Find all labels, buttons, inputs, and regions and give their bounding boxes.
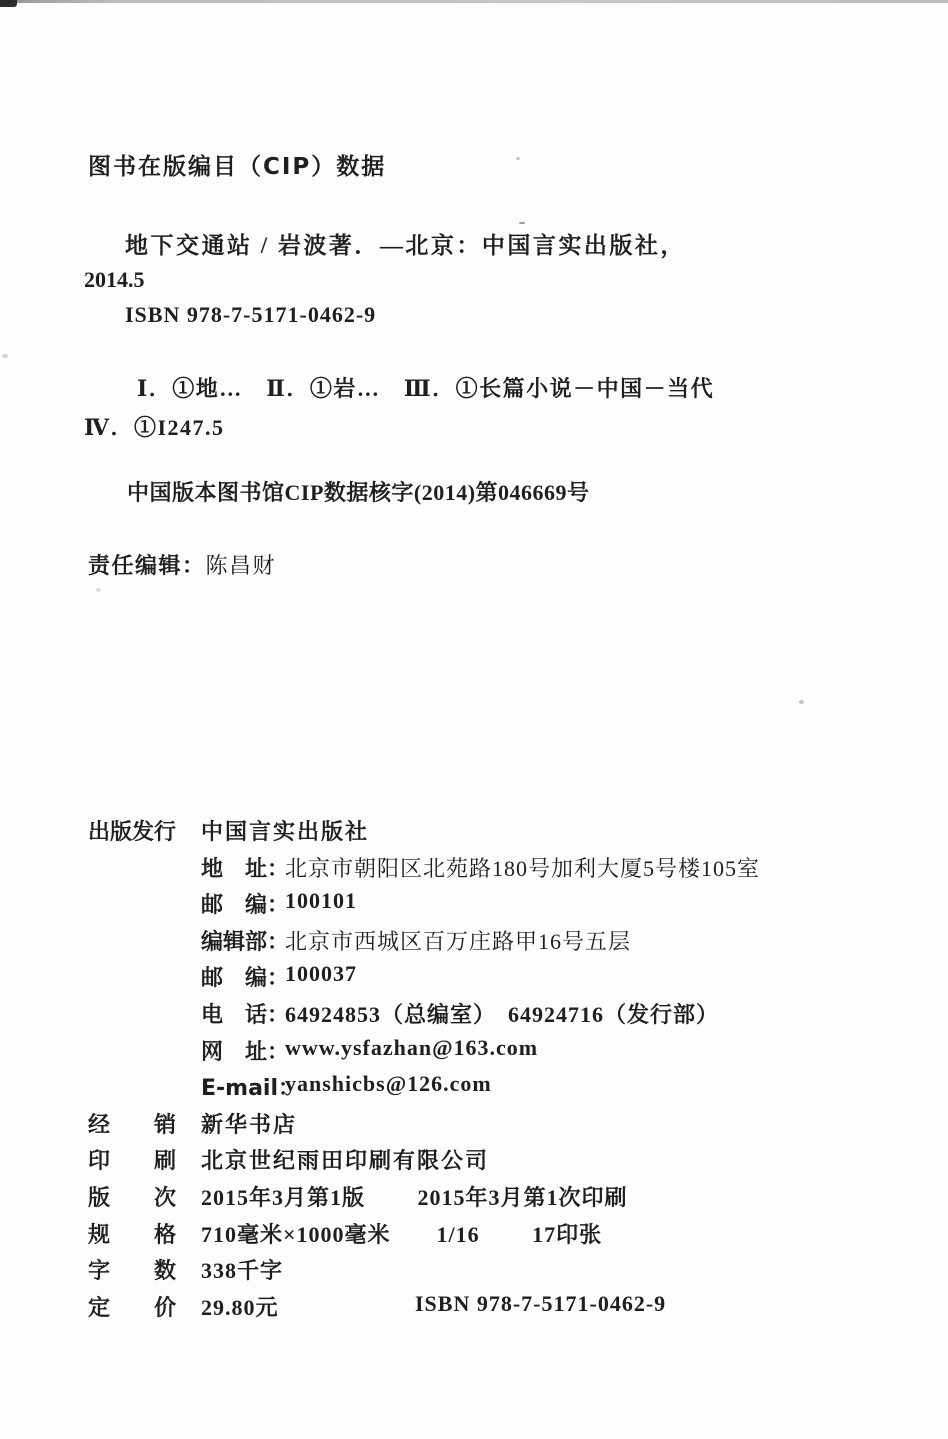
scan-speck (799, 700, 804, 704)
row-label: 定 价 (88, 1291, 176, 1322)
row-label: 邮 编： (201, 961, 289, 992)
colophon-row-distributor: 经 销 新华书店 (88, 1105, 888, 1142)
row-value: 北京市西城区百万庄路甲16号五层 (285, 925, 631, 956)
isbn-bottom: ISBN 978-7-5171-0462-9 (415, 1291, 666, 1317)
responsible-editor-name: 陈昌财 (206, 553, 277, 578)
cip-classification-line2: Ⅳ．①I247.5 (84, 411, 225, 442)
row-label: 规 格 (88, 1218, 176, 1249)
row-label: 版 次 (88, 1181, 176, 1212)
row-value: 64924853（总编室） 64924716（发行部） (285, 998, 719, 1029)
scan-speck (516, 157, 520, 160)
colophon-row-email: E-mail： yanshicbs@126.com (88, 1068, 888, 1105)
colophon-row-edition: 版 次 2015年3月第1版 2015年3月第1次印刷 (88, 1178, 888, 1215)
colophon-row-price: 定 价 29.80元 ISBN 978-7-5171-0462-9 (88, 1288, 888, 1325)
colophon-row-editorial-dept: 编辑部： 北京市西城区百万庄路甲16号五层 (88, 922, 888, 959)
colophon-block: 出版发行 中国言实出版社 地 址： 北京市朝阳区北苑路180号加利大厦5号楼10… (88, 812, 888, 1324)
book-copyright-page: 图书在版编目（CIP）数据 地下交通站 / 岩波著．—北京：中国言实出版社， 2… (0, 0, 948, 1439)
scan-speck (519, 222, 525, 224)
row-label: 印 刷 (88, 1144, 176, 1175)
colophon-row-website: 网 址： www.ysfazhan@163.com (88, 1032, 888, 1069)
row-label: 出版发行 (88, 815, 176, 846)
row-value: 100101 (285, 888, 357, 914)
row-value: www.ysfazhan@163.com (285, 1035, 538, 1061)
scan-speck (2, 354, 8, 358)
colophon-row-postcode-1: 邮 编： 100101 (88, 885, 888, 922)
colophon-row-phone: 电 话： 64924853（总编室） 64924716（发行部） (88, 995, 888, 1032)
row-value: yanshicbs@126.com (285, 1071, 492, 1097)
colophon-row-address: 地 址： 北京市朝阳区北苑路180号加利大厦5号楼105室 (88, 849, 888, 886)
responsible-editor-line: 责任编辑：陈昌财 (88, 549, 276, 580)
row-value: 北京世纪雨田印刷有限公司 (201, 1144, 489, 1175)
colophon-row-format: 规 格 710毫米×1000毫米 1/16 17印张 (88, 1215, 888, 1252)
cip-record-number: 中国版本图书馆CIP数据核字(2014)第046669号 (127, 476, 590, 507)
row-value: 338千字 (201, 1254, 283, 1285)
scan-top-edge (0, 0, 948, 3)
colophon-row-word-count: 字 数 338千字 (88, 1251, 888, 1288)
row-value: 29.80元 (201, 1291, 279, 1322)
row-label: 字 数 (88, 1254, 176, 1285)
scan-speck (96, 588, 101, 592)
cip-classification-line1: Ⅰ．①地… Ⅱ．①岩… Ⅲ．①长篇小说－中国－当代 (137, 372, 714, 403)
cip-header: 图书在版编目（CIP）数据 (88, 148, 386, 181)
row-value: 2015年3月第1版 2015年3月第1次印刷 (201, 1181, 628, 1212)
publication-year: 2014.5 (84, 267, 145, 293)
row-value: 新华书店 (201, 1108, 297, 1139)
colophon-row-printer: 印 刷 北京世纪雨田印刷有限公司 (88, 1141, 888, 1178)
row-value: 中国言实出版社 (201, 815, 369, 846)
row-value: 北京市朝阳区北苑路180号加利大厦5号楼105室 (285, 852, 760, 883)
book-title-line: 地下交通站 / 岩波著．—北京：中国言实出版社， (125, 227, 686, 260)
scan-corner-mark (0, 0, 17, 7)
row-label: 经 销 (88, 1108, 176, 1139)
row-label: 邮 编： (201, 888, 289, 919)
row-label: 地 址： (201, 852, 289, 883)
row-label: 电 话： (201, 998, 289, 1029)
row-label: 网 址： (201, 1035, 289, 1066)
row-value: 710毫米×1000毫米 1/16 17印张 (201, 1218, 602, 1249)
responsible-editor-label: 责任编辑： (88, 554, 206, 579)
colophon-row-publisher: 出版发行 中国言实出版社 (88, 812, 888, 849)
colophon-row-postcode-2: 邮 编： 100037 (88, 958, 888, 995)
isbn-line: ISBN 978-7-5171-0462-9 (125, 302, 376, 328)
row-value: 100037 (285, 961, 357, 987)
row-label: 编辑部： (201, 925, 289, 956)
